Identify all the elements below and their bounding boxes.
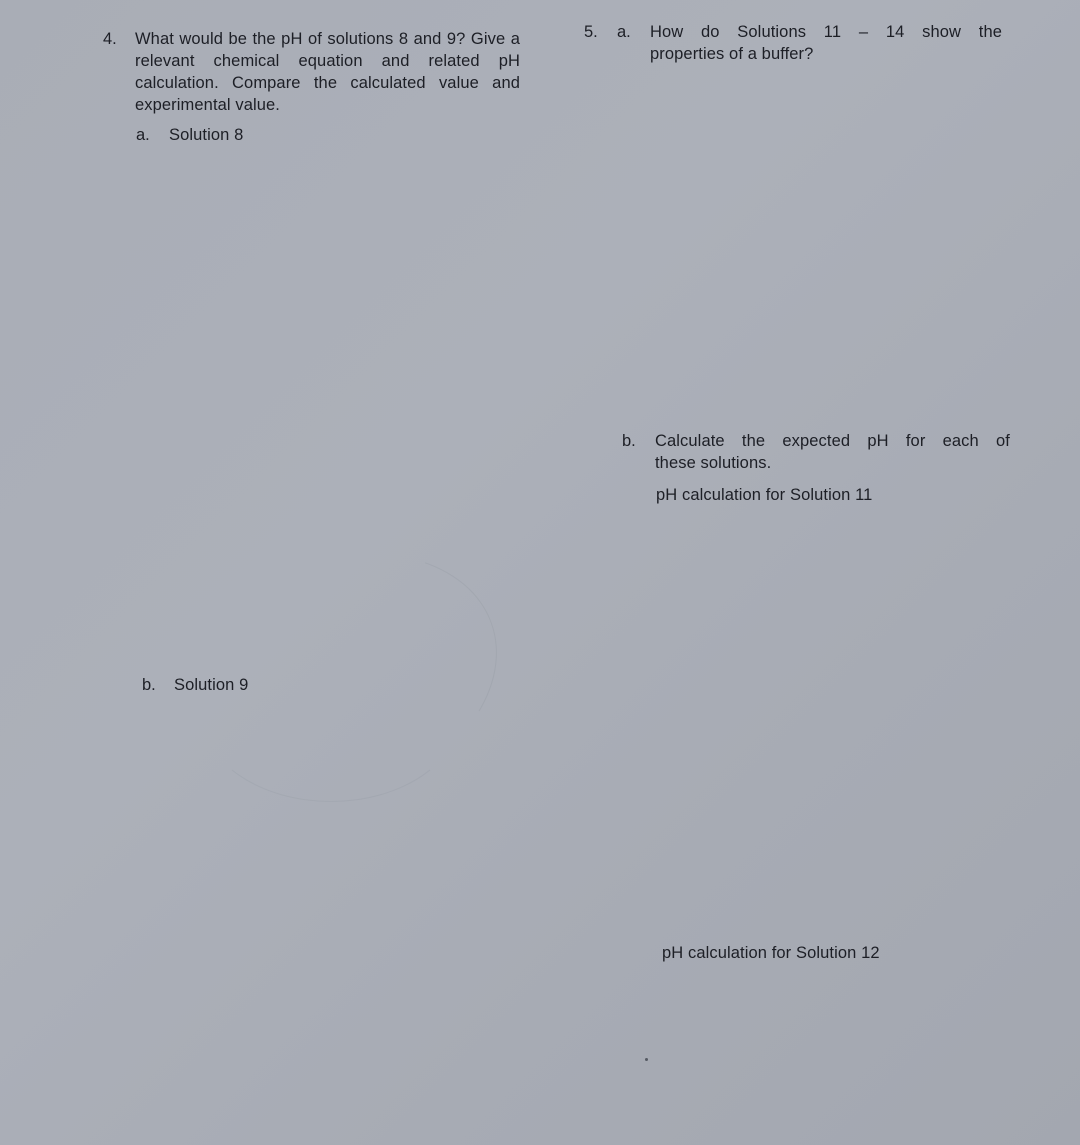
question-4-prompt-line1: What would be the pH of solutions 8 and … — [135, 30, 465, 48]
question-5-number: 5. — [584, 21, 598, 43]
question-5b-line2: these solutions. — [655, 454, 771, 472]
question-5a-line2: properties of a buffer? — [650, 45, 813, 63]
question-4-number: 4. — [103, 28, 117, 50]
bleed-through-curve — [200, 620, 462, 802]
worksheet-page: 4. What would be the pH of solutions 8 a… — [0, 0, 1080, 1145]
question-5a-letter: a. — [617, 21, 631, 43]
calc-label-solution-12: pH calculation for Solution 12 — [662, 942, 880, 964]
question-4b-letter: b. — [142, 674, 156, 696]
question-5b-line1: Calculate the expected pH for each of — [655, 430, 1010, 452]
question-5a-line1: How do Solutions 11 – 14 show the — [650, 21, 1002, 43]
paper-speck — [645, 1058, 648, 1061]
question-5a-prompt: How do Solutions 11 – 14 show the proper… — [650, 21, 1002, 65]
question-4-prompt: What would be the pH of solutions 8 and … — [135, 28, 520, 116]
question-5b-prompt: Calculate the expected pH for each of th… — [655, 430, 1010, 474]
question-4b-label: Solution 9 — [174, 674, 248, 696]
question-5b-letter: b. — [622, 430, 636, 452]
question-4a-letter: a. — [136, 124, 150, 146]
question-4a-label: Solution 8 — [169, 124, 243, 146]
calc-label-solution-11: pH calculation for Solution 11 — [656, 484, 872, 506]
